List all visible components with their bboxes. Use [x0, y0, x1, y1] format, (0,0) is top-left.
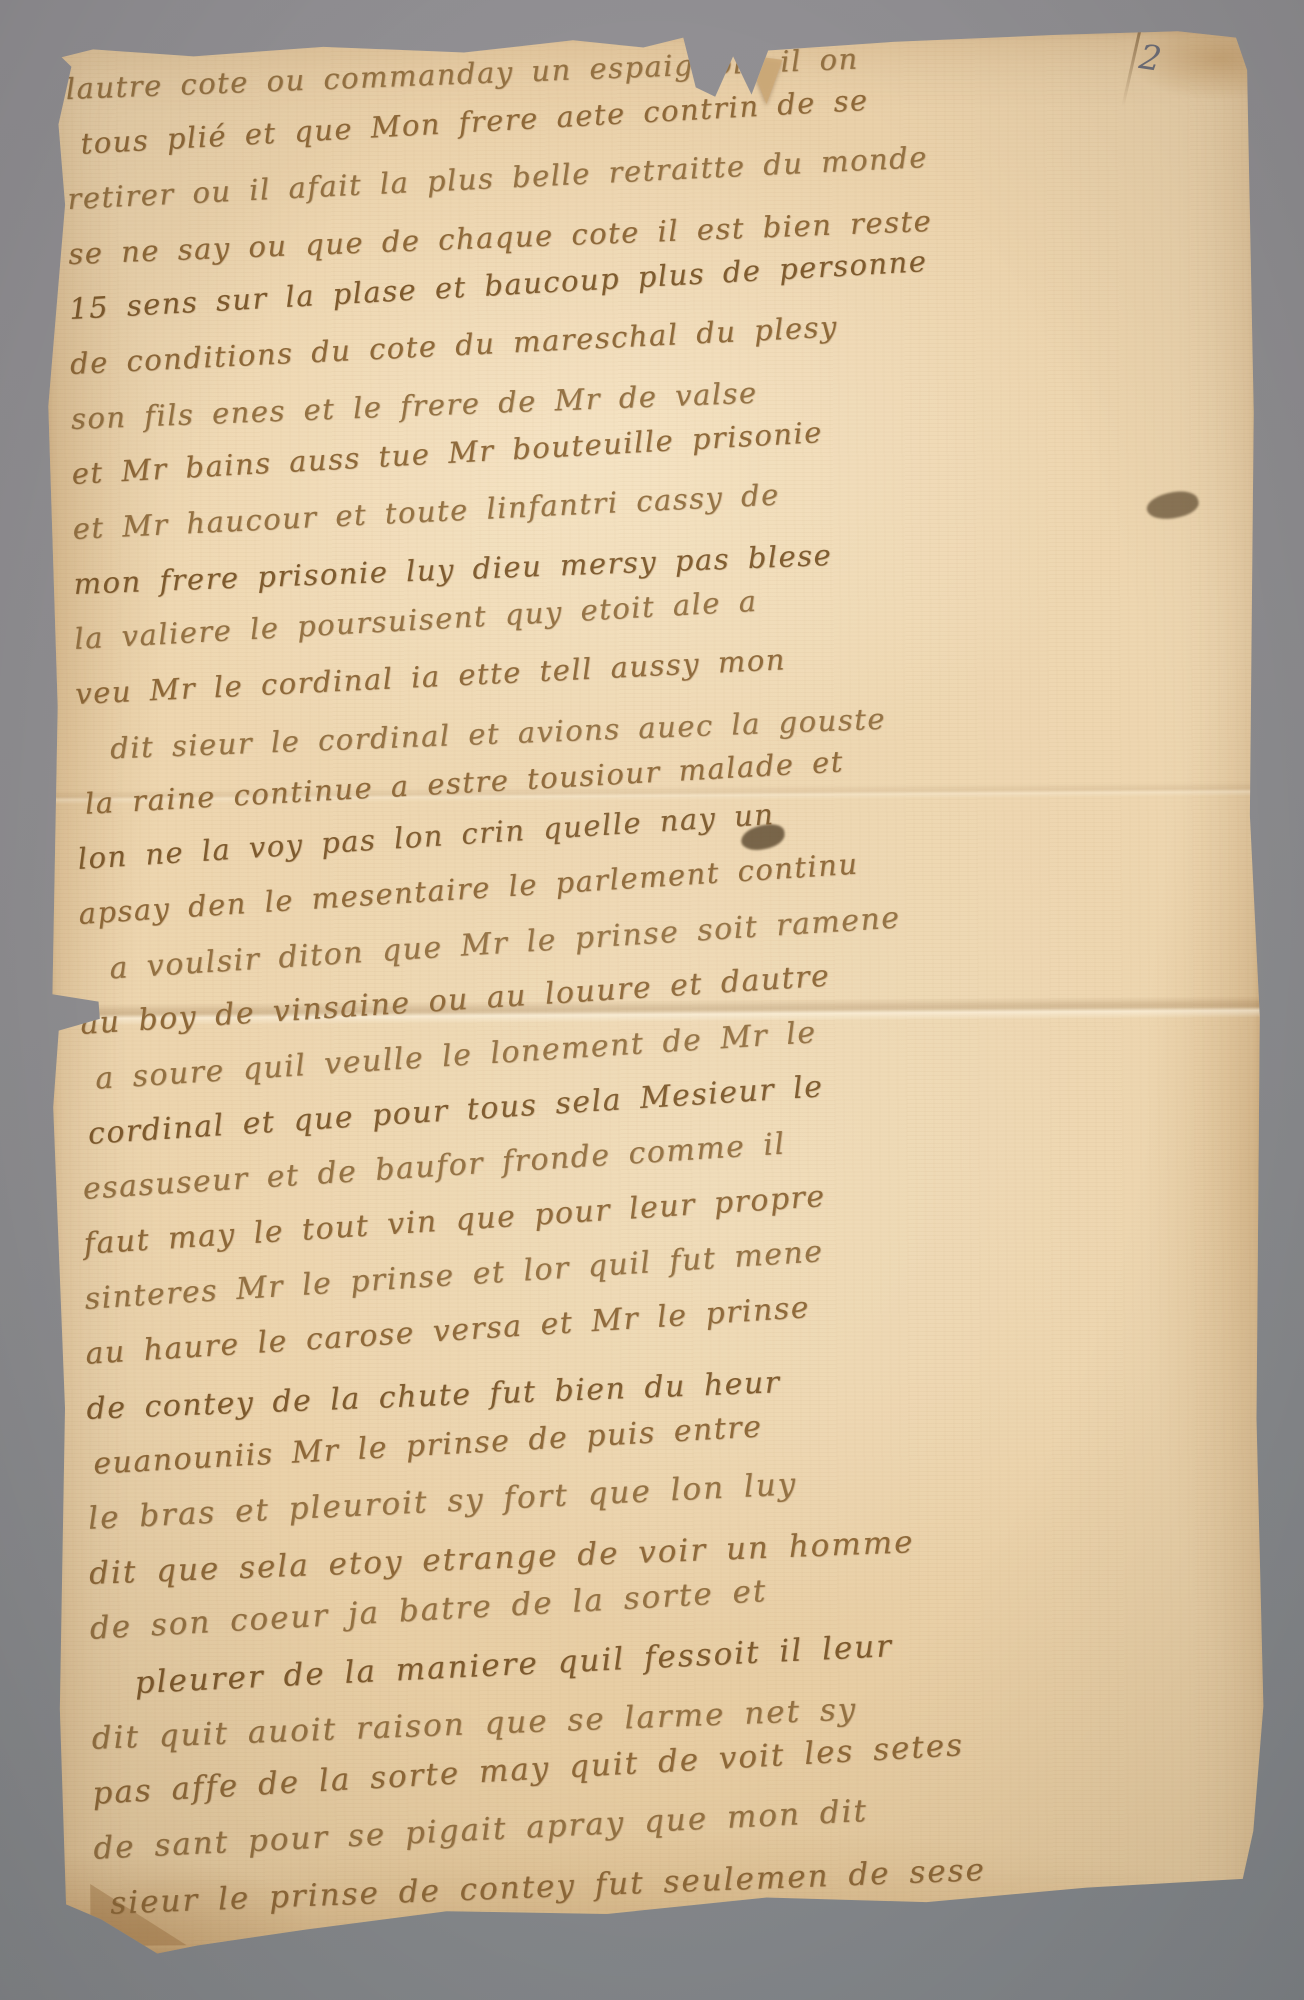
letter-page: 2 lautre cote ou commanday un espaignole… [43, 30, 1268, 1954]
photo-background: 2 lautre cote ou commanday un espaignole… [0, 0, 1304, 2000]
handwriting-text: lautre cote ou commanday un espaignole i… [65, 44, 1274, 1932]
